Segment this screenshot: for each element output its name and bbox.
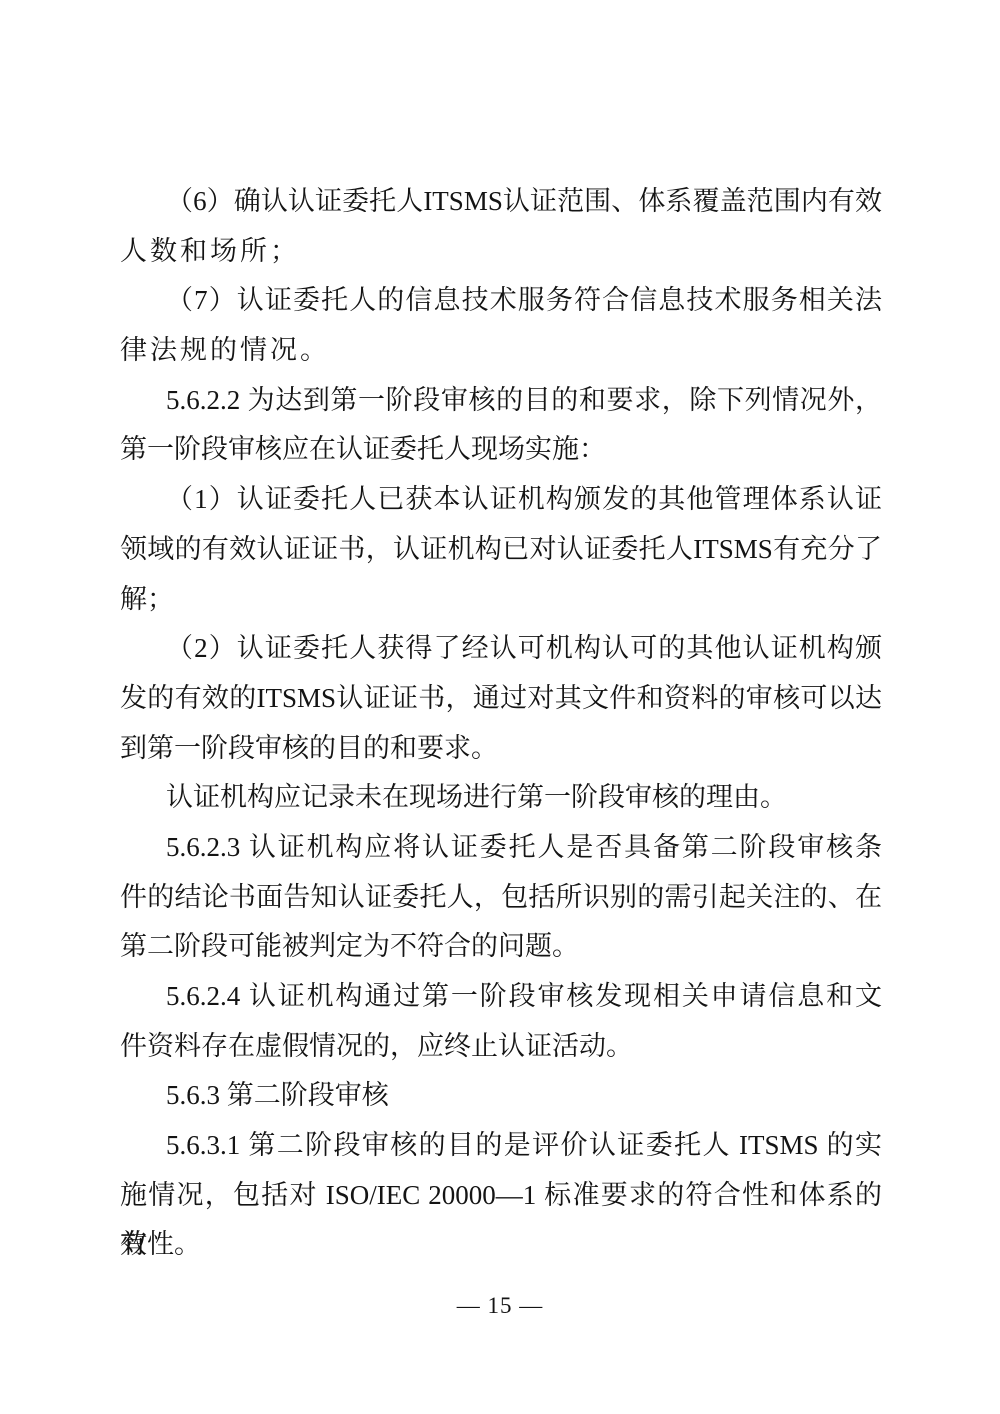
text-line: 人数和场所； — [120, 227, 882, 277]
text-line: 第一阶段审核应在认证委托人现场实施： — [120, 425, 882, 475]
text-line: 5.6.2.4 认证机构通过第一阶段审核发现相关申请信息和文 — [120, 972, 882, 1022]
text-line: 5.6.2.3 认证机构应将认证委托人是否具备第二阶段审核条 — [120, 823, 882, 873]
text-line: 律法规的情况。 — [120, 326, 882, 376]
document-page: （6）确认认证委托人ITSMS认证范围、体系覆盖范围内有效人数和场所；（7）认证… — [0, 0, 1000, 1414]
text-line: 件资料存在虚假情况的，应终止认证活动。 — [120, 1022, 882, 1072]
text-line: 5.6.2.2 为达到第一阶段审核的目的和要求，除下列情况外， — [120, 376, 882, 426]
text-line: 到第一阶段审核的目的和要求。 — [120, 724, 882, 774]
text-line: 解； — [120, 575, 882, 625]
text-line: （7）认证委托人的信息技术服务符合信息技术服务相关法 — [120, 276, 882, 326]
document-body: （6）确认认证委托人ITSMS认证范围、体系覆盖范围内有效人数和场所；（7）认证… — [120, 177, 882, 1270]
text-line: 施情况，包括对 ISO/IEC 20000—1 标准要求的符合性和体系的有 — [120, 1171, 882, 1221]
page-number: — 15 — — [0, 1293, 1000, 1319]
text-line: （1）认证委托人已获本认证机构颁发的其他管理体系认证 — [120, 475, 882, 525]
text-line: 发的有效的ITSMS认证证书，通过对其文件和资料的审核可以达 — [120, 674, 882, 724]
text-line: 5.6.3 第二阶段审核 — [120, 1071, 882, 1121]
text-line: （2）认证委托人获得了经认可机构认可的其他认证机构颁 — [120, 624, 882, 674]
text-line: 认证机构应记录未在现场进行第一阶段审核的理由。 — [120, 773, 882, 823]
text-line: 5.6.3.1 第二阶段审核的目的是评价认证委托人 ITSMS 的实 — [120, 1121, 882, 1171]
text-line: 效性。 — [120, 1220, 882, 1270]
text-line: 领域的有效认证证书，认证机构已对认证委托人ITSMS有充分了 — [120, 525, 882, 575]
text-line: 件的结论书面告知认证委托人，包括所识别的需引起关注的、在 — [120, 873, 882, 923]
text-line: （6）确认认证委托人ITSMS认证范围、体系覆盖范围内有效 — [120, 177, 882, 227]
text-line: 第二阶段可能被判定为不符合的问题。 — [120, 922, 882, 972]
